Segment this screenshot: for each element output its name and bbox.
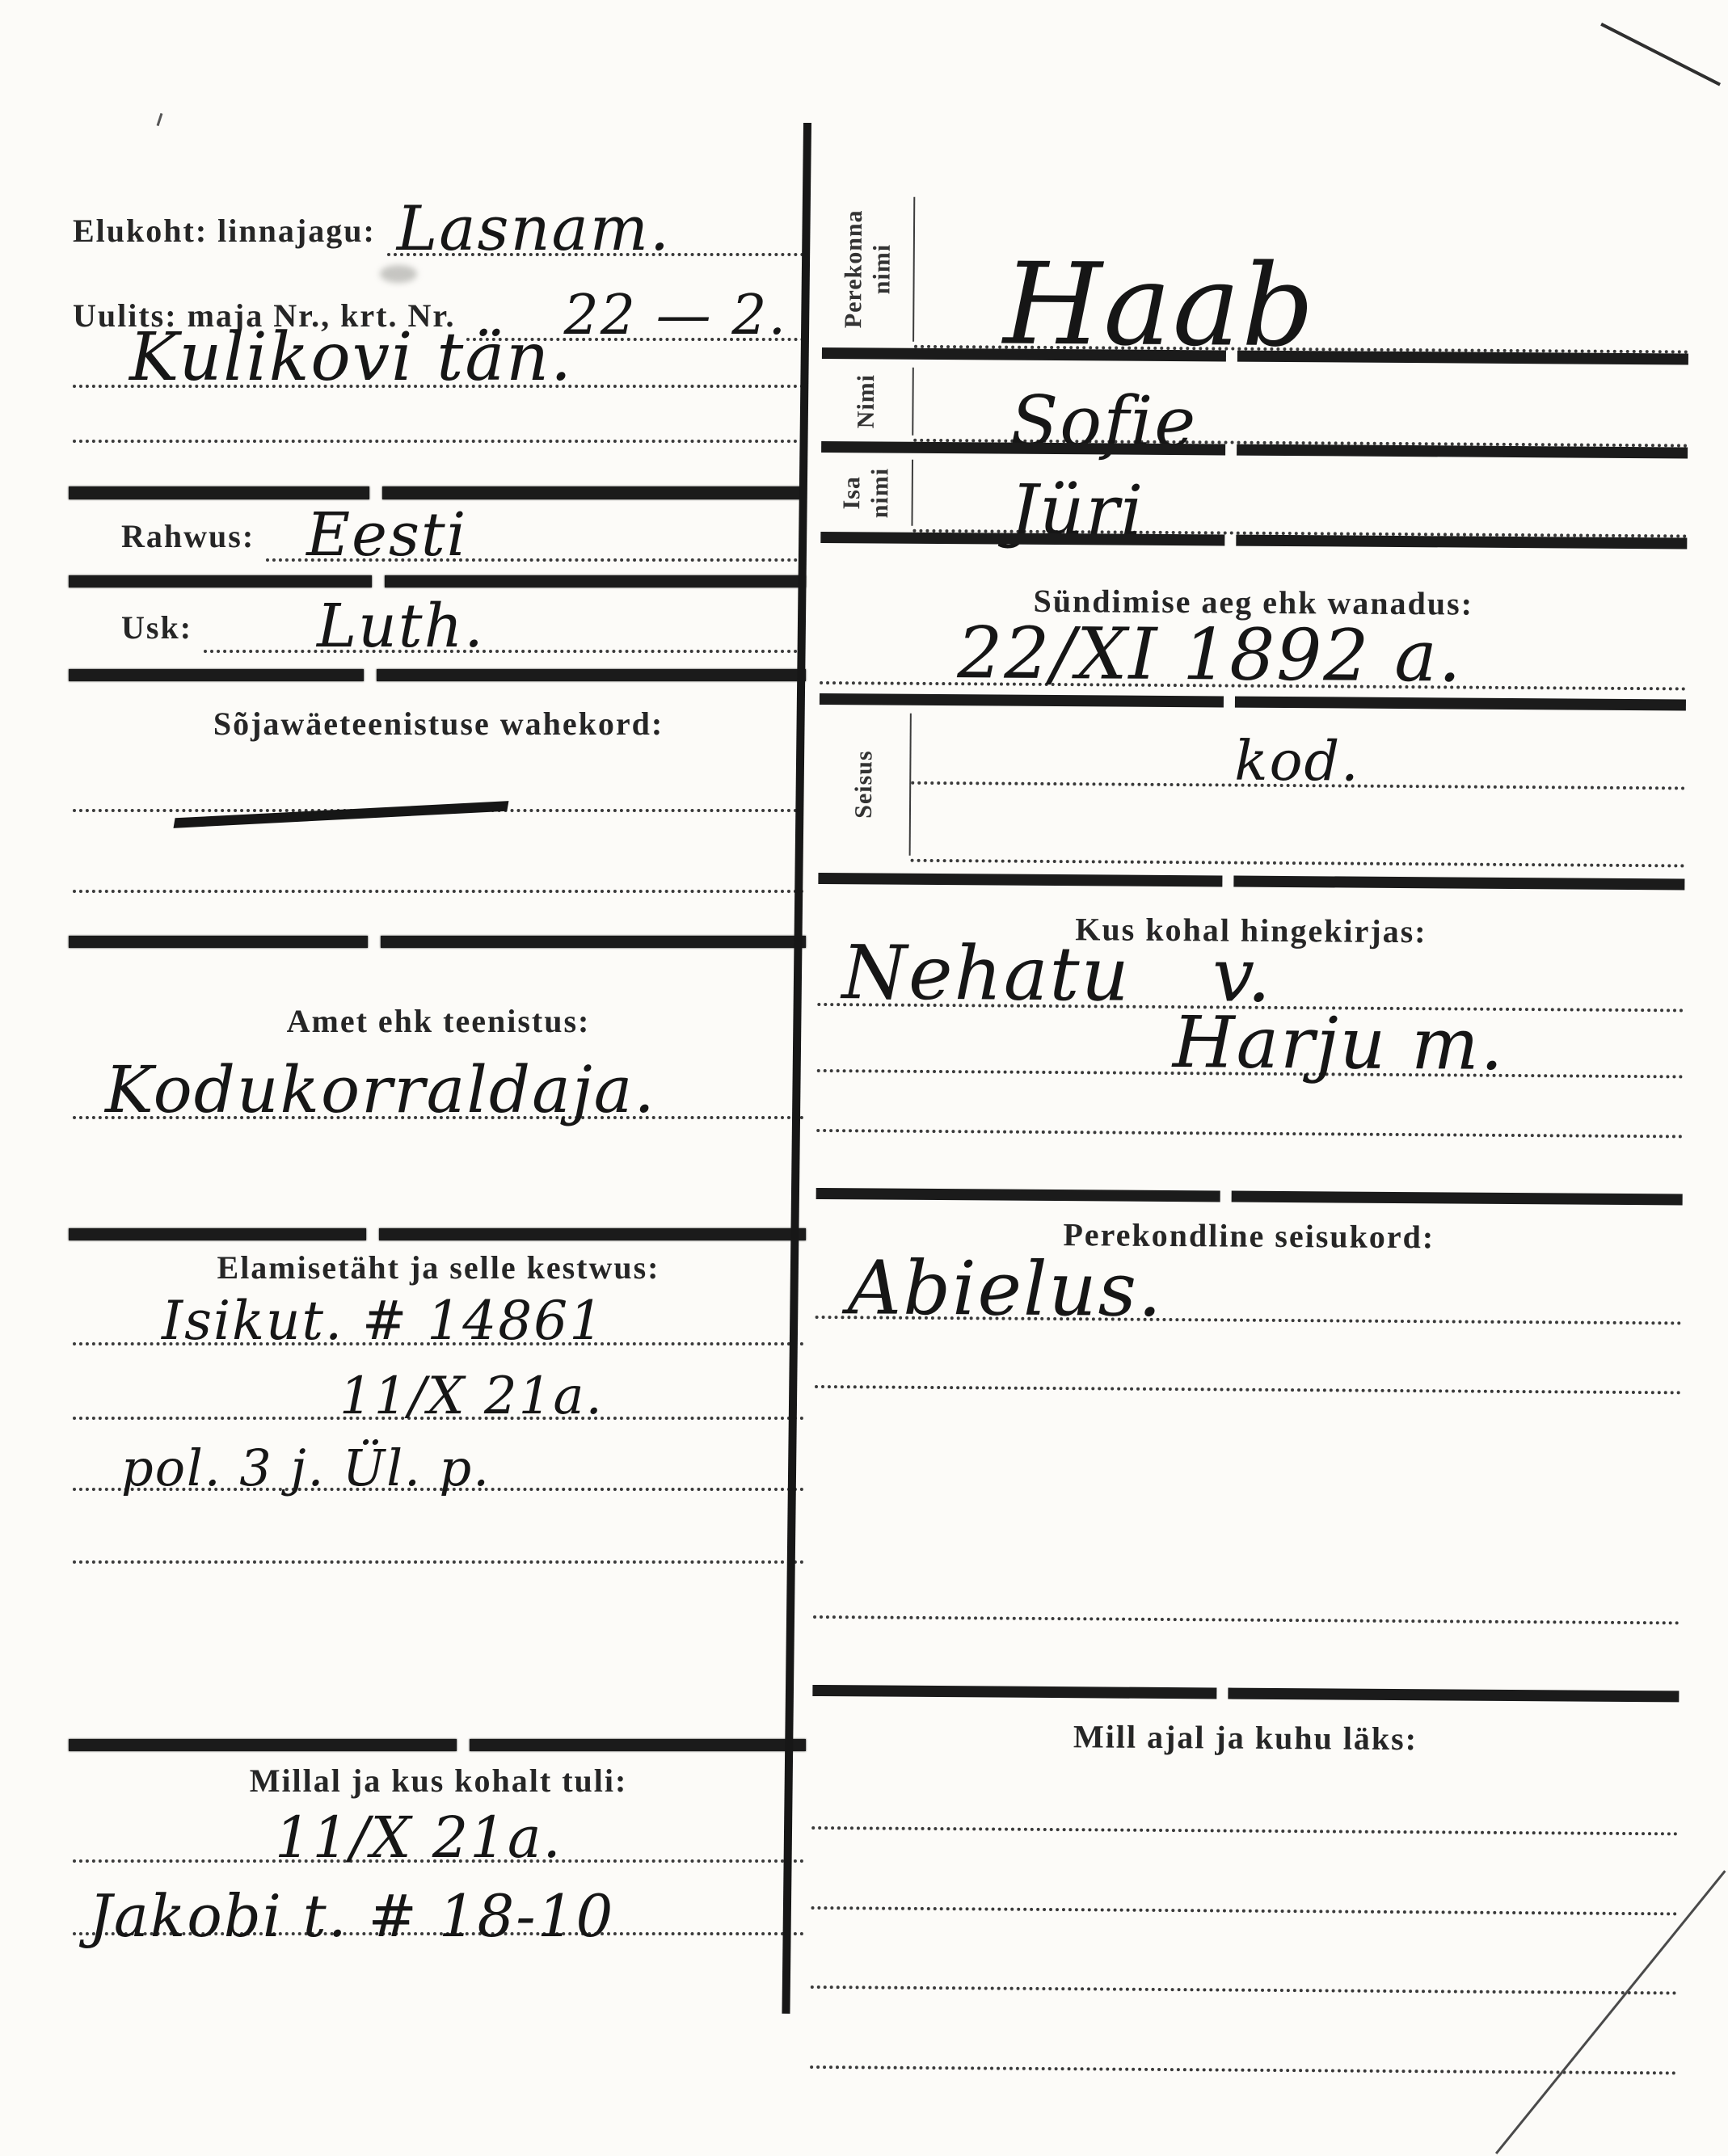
occupation-value: Kodukorraldaja. — [105, 1059, 656, 1121]
empty-ruled-line — [813, 1549, 1680, 1624]
registry-county-line: Harju m. — [817, 1006, 1684, 1078]
section-divider-bar — [69, 936, 806, 948]
empty-ruled-line — [811, 1750, 1679, 1835]
empty-ruled-line — [810, 1989, 1677, 2074]
nationality-value: Eesti — [306, 507, 467, 563]
arrival-address-row: Jakobi t. # 18-10 — [73, 1871, 804, 1935]
social-status-value: kod. — [1234, 736, 1360, 790]
first-name-row: Nimi Sofie — [821, 360, 1688, 447]
permit-number-row: Isikut. # 14861 — [73, 1261, 804, 1345]
religion-line: Luth. — [204, 586, 804, 653]
first-name-line: Sofie — [913, 361, 1688, 448]
father-name-row: Isa nimi Jüri — [820, 453, 1688, 537]
first-name-label: Nimi — [853, 374, 881, 429]
empty-ruled-line — [811, 1830, 1679, 1915]
residence-label: Elukoht: linnajagu: — [73, 213, 376, 249]
empty-ruled-line — [816, 1072, 1683, 1138]
empty-ruled-line — [911, 785, 1686, 868]
arrival-address-line: Jakobi t. # 18-10 — [73, 1871, 804, 1935]
departure-row: Mill ajal ja kuhu läks: — [810, 1699, 1679, 2074]
religion-value: Luth. — [317, 598, 485, 655]
ink-speck — [157, 113, 163, 126]
street-name-line: Kulikovi tän. — [73, 267, 804, 388]
permit-note-row: pol. 3 j. Ül. p. — [73, 1426, 804, 1491]
family-name-value: Haab — [1003, 251, 1317, 361]
nationality-label: Rahwus: — [121, 518, 255, 554]
religion-row: Usk: Luth. — [73, 586, 804, 653]
arrival-date-value: 11/X 21a. — [275, 1811, 563, 1865]
father-name-line: Jüri — [912, 453, 1688, 538]
residence-line: Lasnam. — [387, 166, 804, 256]
arrival-address-value: Jakobi t. # 18-10 — [89, 1889, 614, 1943]
social-status-label: Seisus — [850, 750, 879, 819]
empty-ruled-line — [815, 1319, 1682, 1394]
empty-ruled-line — [73, 1499, 804, 1564]
arrival-date-row: 11/X 21a. — [73, 1788, 804, 1863]
social-status-row: Seisus kod. — [819, 706, 1686, 867]
occupation-line: Kodukorraldaja. — [73, 1026, 804, 1119]
permit-number-line: Isikut. # 14861 — [73, 1261, 804, 1345]
scan-smudge — [380, 265, 417, 283]
family-name-label-cell: Perekonna nimi — [822, 190, 913, 348]
section-divider-bar — [69, 1739, 806, 1751]
empty-ruled-line — [811, 1909, 1678, 1994]
departure-label: Mill ajal ja kuhu läks: — [812, 1699, 1679, 1755]
page-fold-mark — [1600, 23, 1721, 86]
birth-line: 22/XI 1892 a. — [820, 618, 1687, 690]
permit-date-row: 11/X 21a. — [73, 1354, 804, 1420]
father-name-label-cell: Isa nimi — [820, 453, 912, 533]
residence-row: Elukoht: linnajagu: Lasnam. — [73, 166, 804, 256]
birth-row: Sündimise aeg ehk wanadus: 22/XI 1892 a. — [820, 546, 1687, 689]
first-name-label-cell: Nimi — [821, 360, 912, 442]
military-service-line: — — [73, 820, 804, 893]
birth-value: 22/XI 1892 a. — [957, 619, 1463, 690]
marital-status-line: Abielus. — [816, 1249, 1683, 1324]
marital-status-value: Abielus. — [848, 1253, 1164, 1326]
social-status-line: kod. — [911, 707, 1686, 790]
right-column: Perekonna nimi Haab Nimi Sofie Isa nimi — [824, 0, 1691, 6]
permit-date-value: 11/X 21a. — [339, 1372, 604, 1421]
permit-note-value: pol. 3 j. Ül. p. — [121, 1445, 491, 1493]
registry-parish-value: Nehatu v. — [841, 937, 1272, 1011]
religion-label: Usk: — [121, 609, 192, 646]
arrival-date-line: 11/X 21a. — [73, 1788, 804, 1863]
nationality-line: Eesti — [266, 495, 804, 562]
family-name-label: Perekonna nimi — [840, 209, 896, 328]
section-divider-bar — [69, 669, 806, 681]
family-name-line: Haab — [914, 191, 1689, 354]
marital-status-row: Perekondline seisukord: Abielus. — [812, 1202, 1682, 1691]
permit-date-line: 11/X 21a. — [73, 1354, 804, 1420]
nationality-row: Rahwus: Eesti — [73, 495, 804, 562]
registration-card-scan: Elukoht: linnajagu: Lasnam. Uulits: maja… — [0, 0, 1728, 2156]
street-name-row: Kulikovi tän. — [73, 267, 804, 388]
family-name-row: Perekonna nimi Haab — [822, 190, 1689, 353]
section-divider-bar — [69, 1228, 806, 1240]
empty-ruled-line — [73, 404, 804, 443]
father-name-label: Isa nimi — [838, 460, 895, 524]
residence-value: Lasnam. — [397, 200, 671, 258]
registry-row: Kus kohal hingekirjas: Nehatu v. Harju m… — [816, 887, 1685, 1194]
registry-county-value: Harju m. — [1173, 1009, 1505, 1078]
permit-note-line: pol. 3 j. Ül. p. — [73, 1426, 804, 1491]
military-service-value: — — [133, 721, 546, 885]
military-service-row: — — [73, 820, 804, 893]
social-status-label-cell: Seisus — [819, 706, 910, 862]
street-name-value: Kulikovi tän. — [129, 326, 573, 390]
permit-number-value: Isikut. # 14861 — [162, 1296, 605, 1347]
occupation-row: Kodukorraldaja. — [73, 1026, 804, 1119]
